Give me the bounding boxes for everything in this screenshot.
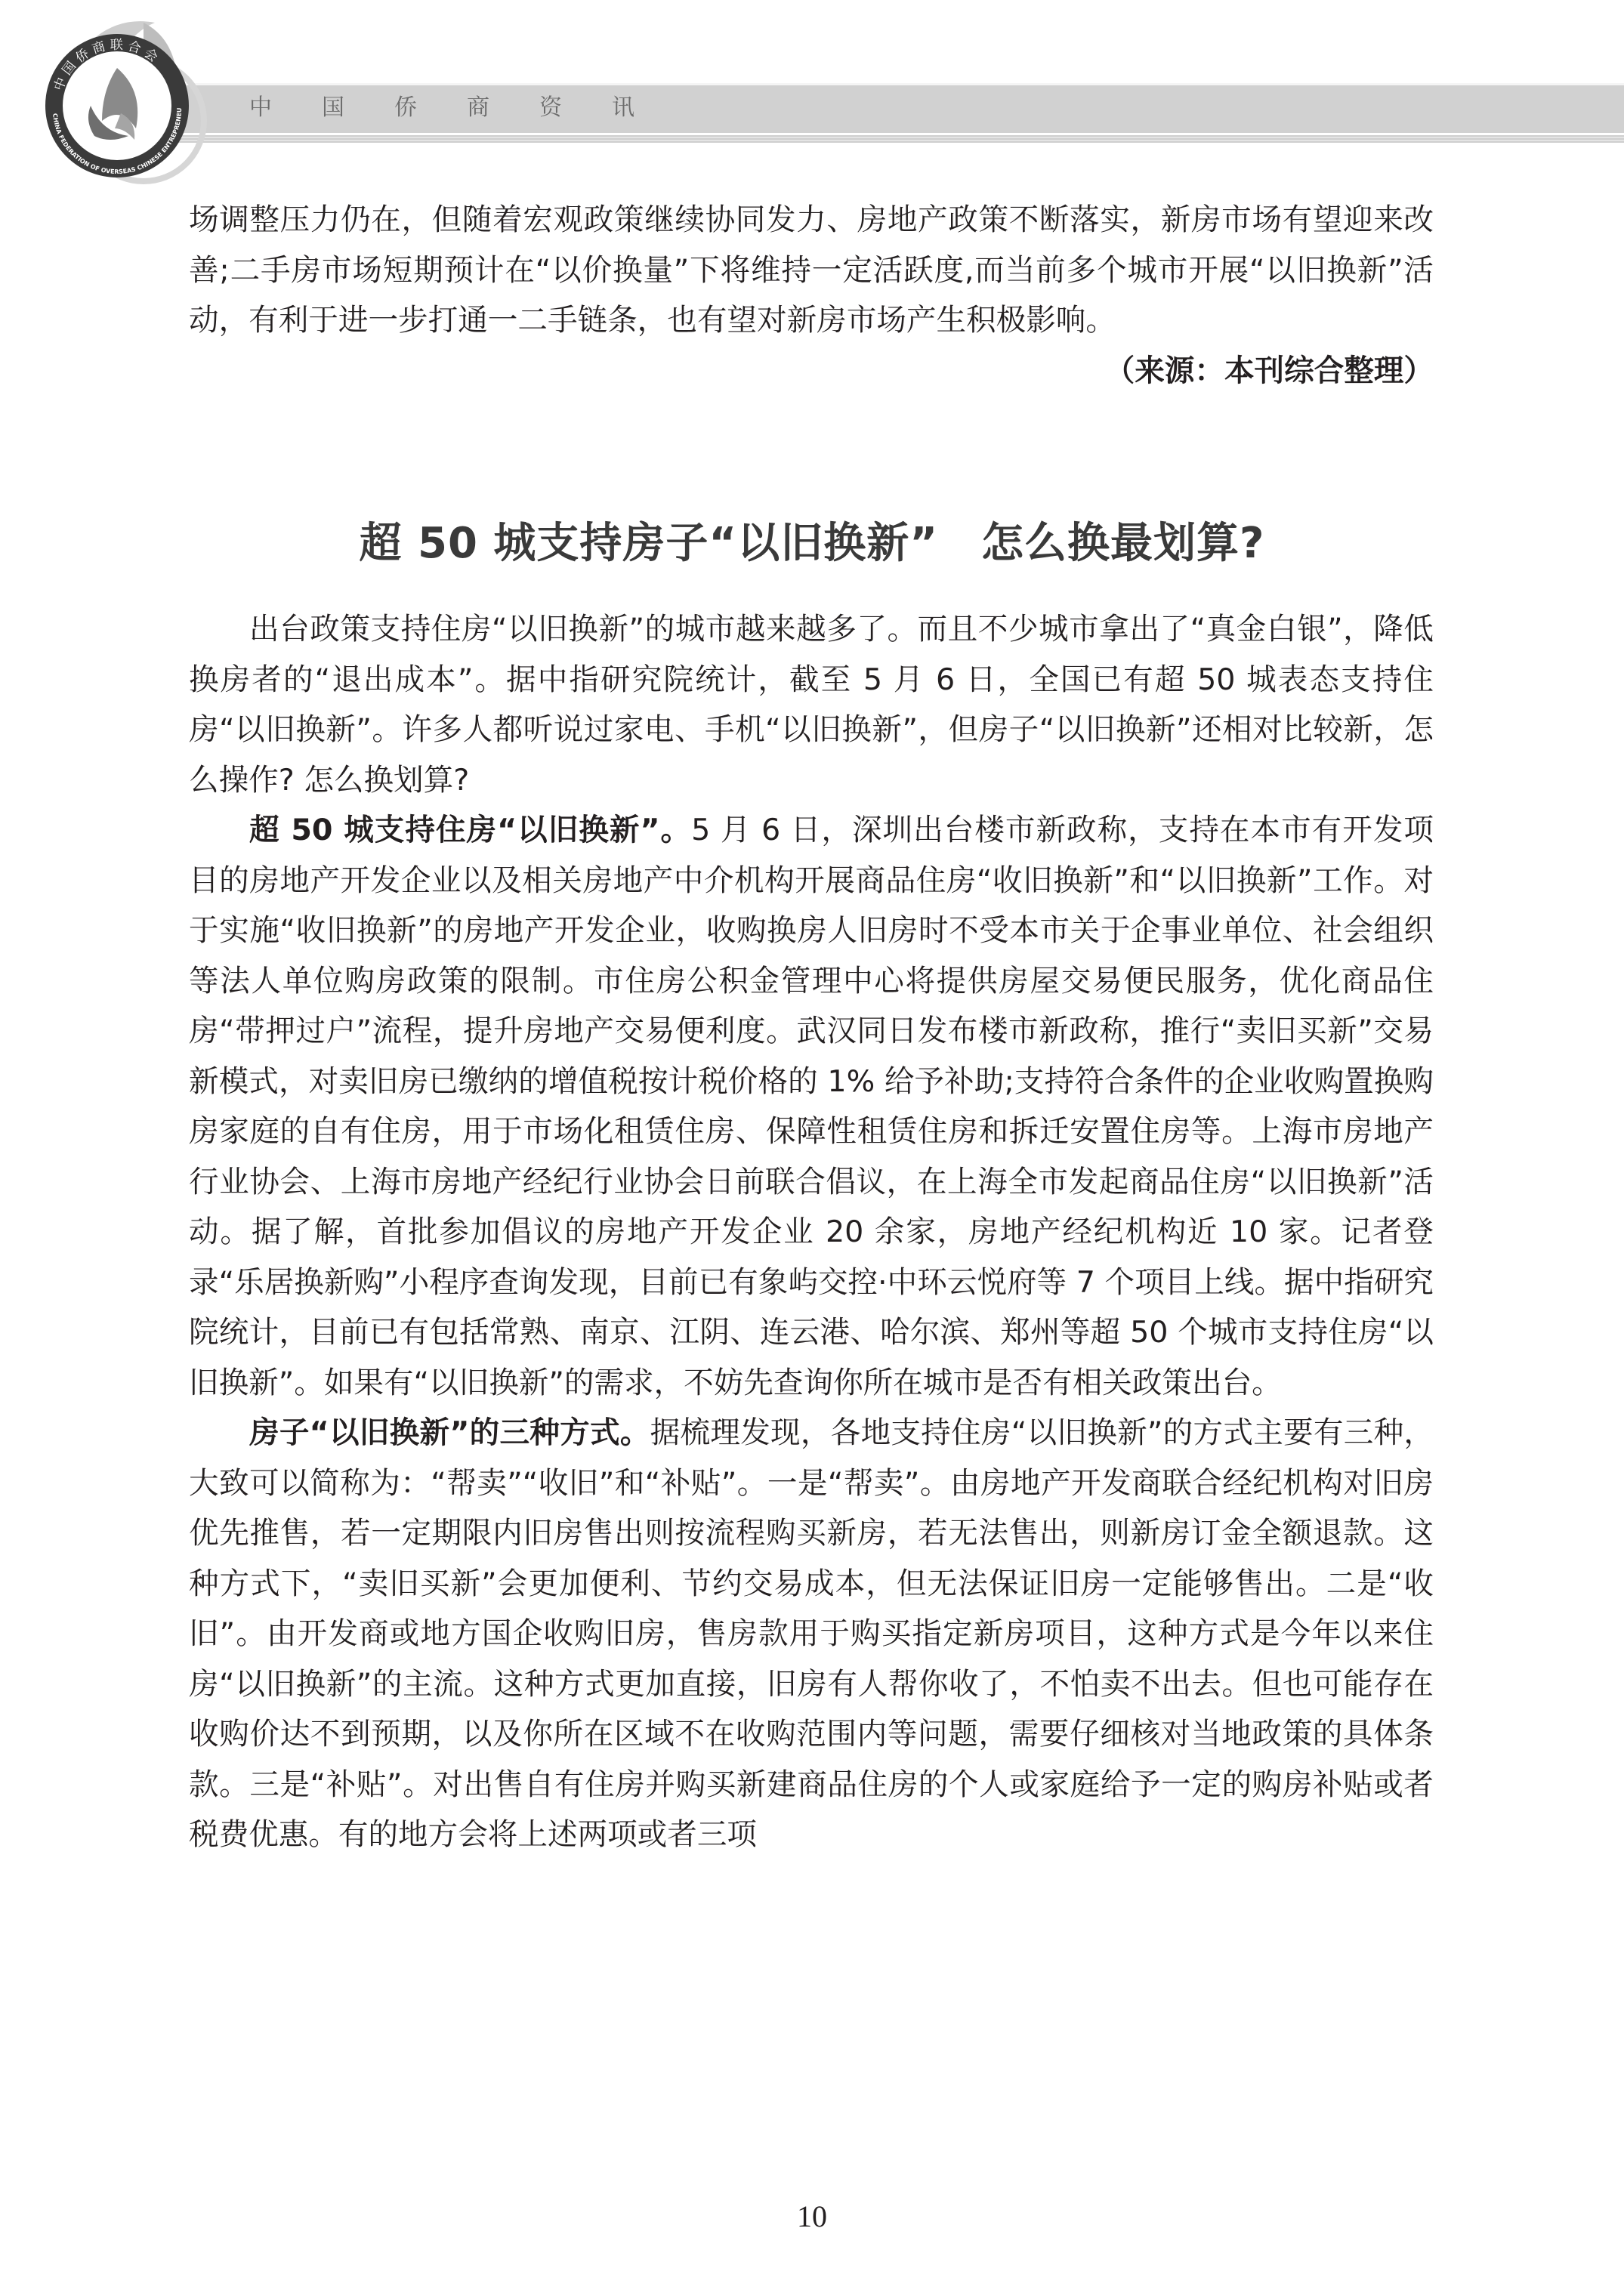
- article-source: （来源：本刊综合整理）: [189, 346, 1434, 397]
- body-paragraph-cities: 超 50 城支持住房“以旧换新”。5 月 6 日，深圳出台楼市新政称，支持在本市…: [189, 805, 1434, 1408]
- publication-title: 中国侨商资讯: [249, 89, 684, 127]
- body-paragraph-three-methods: 房子“以旧换新”的三种方式。据梳理发现，各地支持住房“以旧换新”的方式主要有三种…: [189, 1408, 1434, 1860]
- paragraph-text: 据梳理发现，各地支持住房“以旧换新”的方式主要有三种，大致可以简称为：“帮卖”“…: [189, 1415, 1434, 1852]
- previous-article-tail: 场调整压力仍在，但随着宏观政策继续协同发力、房地产政策不断落实，新房市场有望迎来…: [189, 195, 1434, 396]
- article-body: 出台政策支持住房“以旧换新”的城市越来越多了。而且不少城市拿出了“真金白银”，降…: [189, 604, 1434, 1860]
- paragraph-text: 出台政策支持住房“以旧换新”的城市越来越多了。而且不少城市拿出了“真金白银”，降…: [189, 612, 1434, 798]
- paragraph-lead: 超 50 城支持住房“以旧换新”。: [249, 813, 691, 847]
- paragraph-lead: 房子“以旧换新”的三种方式。: [249, 1415, 650, 1450]
- page-header: 中国侨商资讯 中 国 侨 商 联 合 会 CHINA FEDERATION OF…: [0, 0, 1624, 181]
- article-title: 超 50 城支持房子“以旧换新” 怎么换最划算?: [0, 514, 1624, 574]
- page-number: 10: [0, 2198, 1624, 2236]
- header-rule-divider: [106, 135, 1624, 143]
- body-paragraph: 场调整压力仍在，但随着宏观政策继续协同发力、房地产政策不断落实，新房市场有望迎来…: [189, 195, 1434, 346]
- paragraph-text: 5 月 6 日，深圳出台楼市新政称，支持在本市有开发项目的房地产开发企业以及相关…: [189, 813, 1434, 1400]
- body-paragraph-intro: 出台政策支持住房“以旧换新”的城市越来越多了。而且不少城市拿出了“真金白银”，降…: [189, 604, 1434, 805]
- federation-emblem-icon: 中 国 侨 商 联 合 会 CHINA FEDERATION OF OVERSE…: [30, 8, 227, 189]
